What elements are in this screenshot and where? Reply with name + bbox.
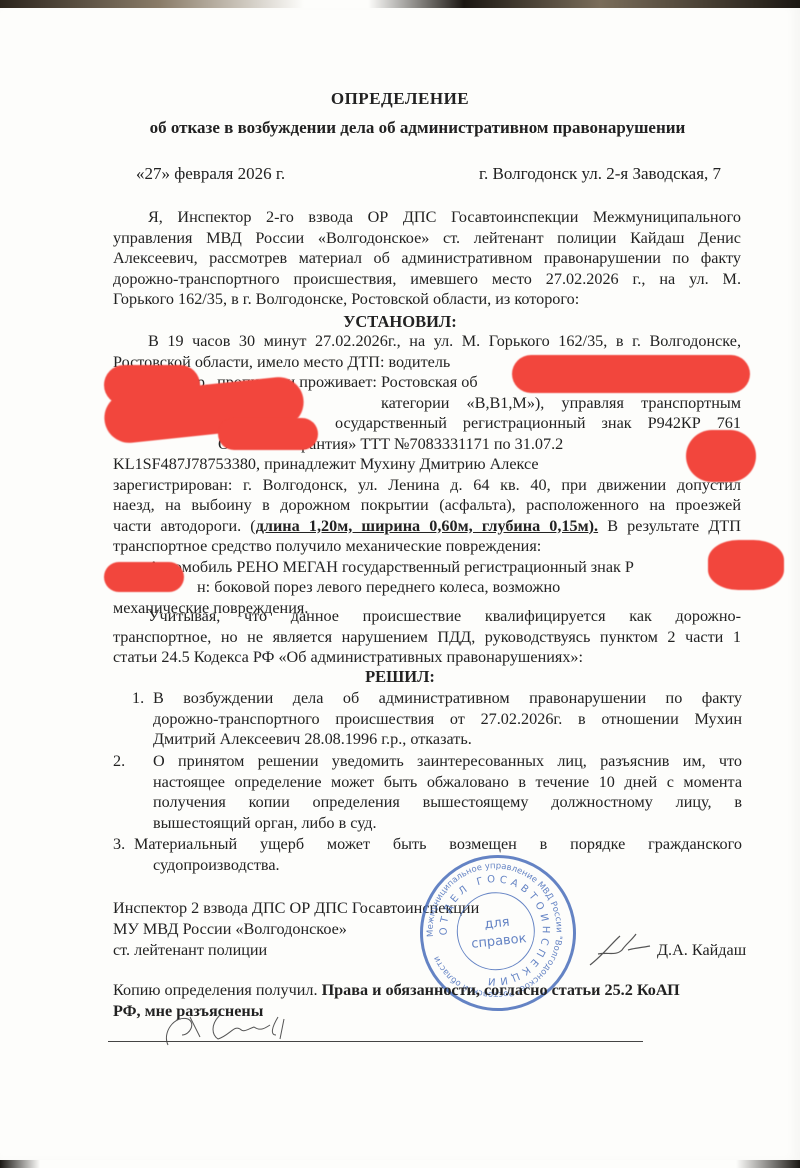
intro-line: Я, Инспектор 2-го взвода ОР ДПС Госавтои… <box>113 207 741 228</box>
recipient-signature-icon <box>160 1005 310 1055</box>
decided-heading: РЕШИЛ: <box>0 667 800 687</box>
established-line: KL1SF487J78753380, принадлежит Мухину Дм… <box>113 454 741 475</box>
inspector-signature-icon <box>588 930 658 970</box>
redaction-car-plate-left <box>104 562 184 592</box>
document-title: ОПРЕДЕЛЕНИЕ <box>0 89 800 109</box>
inspector-name: Д.А. Кайдаш <box>657 941 746 960</box>
item-number: 3. <box>113 834 125 855</box>
rights-explained: Права и обязанности, согласно статьи 25.… <box>322 981 680 999</box>
scan-edge-top <box>0 0 800 8</box>
road-dimensions-line: части автодороги. (длина 1,20м, ширина 0… <box>113 516 741 537</box>
established-line: В 19 часов 30 минут 27.02.2026г., на ул.… <box>113 331 741 352</box>
pothole-dimensions: длина 1,20м, ширина 0,60м, глубина 0,15м… <box>256 517 598 535</box>
established-line: О «РЕСО гарантия» ТТТ №7083331171 по 31.… <box>113 434 741 455</box>
established-line: наезд, на выбоину в дорожном покрытии (а… <box>113 495 741 516</box>
intro-line: дорожно-транспортного происшествия, имев… <box>113 269 741 290</box>
intro-line: Горького 162/35, в г. Волгодонске, Росто… <box>113 289 741 310</box>
redaction-policy-date <box>686 430 756 482</box>
established-heading: УСТАНОВИЛ: <box>0 312 800 332</box>
item-number: 1. <box>132 688 144 709</box>
intro-line: управления МВД России «Волгодонское» ст.… <box>113 228 741 249</box>
damage-line: н: боковой порез левого переднего колеса… <box>113 577 741 598</box>
item-number: 2. <box>113 751 125 772</box>
document-place: г. Волгодонск ул. 2-я Заводская, 7 <box>479 164 721 184</box>
redaction-driver-name <box>512 355 750 393</box>
recipient-signature-line <box>108 1041 643 1042</box>
considering-line: транспортное, но не является нарушением … <box>113 627 741 648</box>
document-subtitle: об отказе в возбуждении дела об админист… <box>0 118 800 138</box>
redaction-car-plate-right <box>708 540 784 590</box>
damage-intro-line: транспортное средство получило механичес… <box>113 536 741 557</box>
established-line: зарегистрирован: г. Волгодонск, ул. Лени… <box>113 475 741 496</box>
document-date: «27» февраля 2026 г. <box>136 164 285 184</box>
intro-line: Алексеевич, рассмотрев материал об админ… <box>113 248 741 269</box>
considering-paragraph: Учитывая, что данное происшествие квалиф… <box>113 606 741 668</box>
intro-paragraph: Я, Инспектор 2-го взвода ОР ДПС Госавтои… <box>113 207 741 310</box>
receipt-line-1: Копию определения получил. Права и обяза… <box>113 981 680 1000</box>
redaction-vehicle <box>218 418 318 450</box>
car-line: Автомобиль РЕНО МЕГАН государственный ре… <box>113 557 741 578</box>
considering-line: Учитывая, что данное происшествие квалиф… <box>113 606 741 627</box>
considering-line: статьи 24.5 Кодекса РФ «Об административ… <box>113 647 741 668</box>
scan-edge-bottom <box>0 1160 800 1168</box>
